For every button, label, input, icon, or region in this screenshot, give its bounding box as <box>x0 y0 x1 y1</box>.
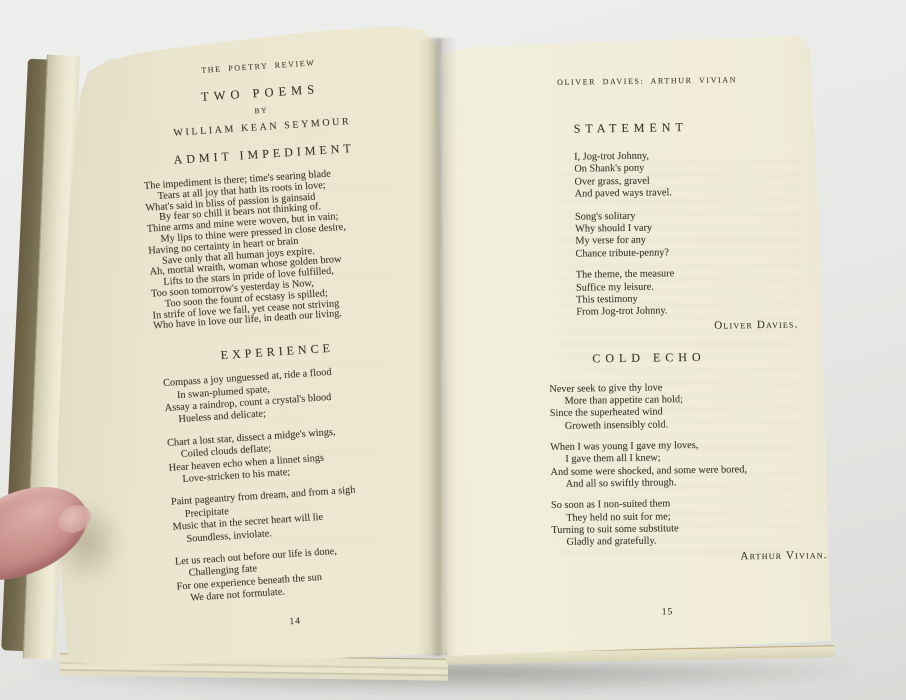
poem-title-cold-echo: COLD ECHO <box>549 349 749 366</box>
poem-line: And paved ways travel. <box>575 187 707 201</box>
cold-echo-stanza-1: Never seek to give thy love More than ap… <box>549 380 835 433</box>
statement-stanza-2: Song's solitary Why should I vary My ver… <box>557 209 708 261</box>
poem-title-admit-impediment: ADMIT IMPEDIMENT <box>118 137 410 170</box>
poem-admit-impediment: The impediment is there; time's searing … <box>144 164 421 333</box>
experience-stanza-3: Paint pageantry from dream, and from a s… <box>171 480 436 547</box>
experience-stanza-4: Let us reach out before our life is done… <box>175 539 440 606</box>
book-photo: THE POETRY REVIEW TWO POEMS BY WILLIAM K… <box>0 0 906 700</box>
signature-oliver-davies: Oliver Davies. <box>548 318 798 333</box>
poem-line: And all so swiftly through. <box>551 475 836 491</box>
poem-title-statement: STATEMENT <box>556 120 706 136</box>
signature-arthur-vivian: Arthur Vivian. <box>552 550 828 566</box>
cold-echo-stanza-2: When I was young I gave my loves, I gave… <box>550 438 836 491</box>
statement-stanza-1: I, Jog-trot Johnny, On Shank's pony Over… <box>556 150 707 202</box>
right-page-text: OLIVER DAVIES: ARTHUR VIVIAN STATEMENT I… <box>545 74 838 619</box>
experience-stanza-2: Chart a lost star, dissect a midge's win… <box>167 420 432 487</box>
poem-line: From Jog-trot Johnny. <box>576 305 708 319</box>
left-page-text: THE POETRY REVIEW TWO POEMS BY WILLIAM K… <box>112 52 441 636</box>
experience-stanza-1: Compass a joy unguessed at, ride a flood… <box>163 361 428 428</box>
poem-line: Gladly and gratefully. <box>551 533 836 549</box>
statement-stanza-3: The theme, the measure Suffice my leisur… <box>558 268 709 320</box>
cold-echo-stanza-3: So soon as I non-suited them They held n… <box>551 496 837 549</box>
poem-statement: STATEMENT I, Jog-trot Johnny, On Shank's… <box>556 120 709 320</box>
poem-line: Chance tribute-penny? <box>575 247 707 261</box>
